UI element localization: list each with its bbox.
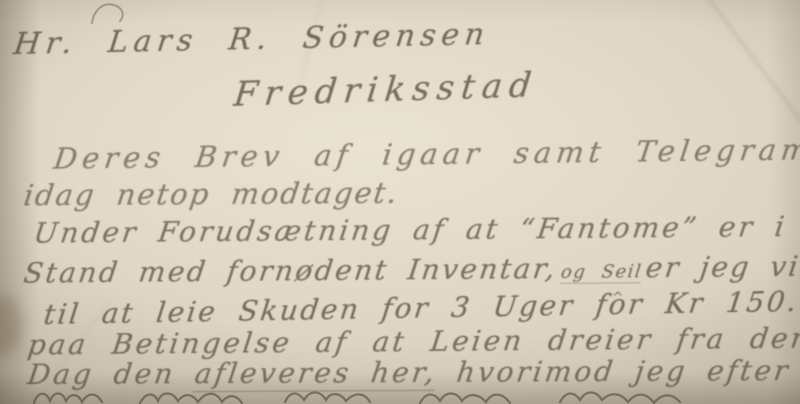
body-line-4-text-a: Stand med fornødent Inventar,: [22, 252, 560, 290]
body-line-3: Under Forudsætning af at “Fantome” er i …: [34, 209, 800, 249]
interlinear-insertion: og Seil: [560, 261, 644, 284]
partial-bottom-line-strokes: [30, 388, 750, 404]
body-line-2: idag netop modtaget.: [24, 176, 399, 213]
letter-photo: Hr. Lars R. Sörensen Fredriksstad Deres …: [0, 0, 800, 404]
body-line-7-text-a: Dag den: [26, 357, 178, 391]
body-line-4-text-b: er jeg villig: [644, 249, 800, 284]
cropped-stroke-top: [86, 0, 142, 24]
body-line-3-text: Under Forudsætning af at “Fantome” er i …: [32, 209, 800, 249]
body-line-2-text: idag netop modtaget.: [22, 176, 401, 213]
body-line-7-underlined-text: afleveres her,: [193, 356, 440, 392]
body-line-7-text-b: hvorimod jeg efter: [455, 354, 793, 389]
body-line-4: Stand med fornødent Inventar,og Seiler j…: [24, 249, 800, 289]
